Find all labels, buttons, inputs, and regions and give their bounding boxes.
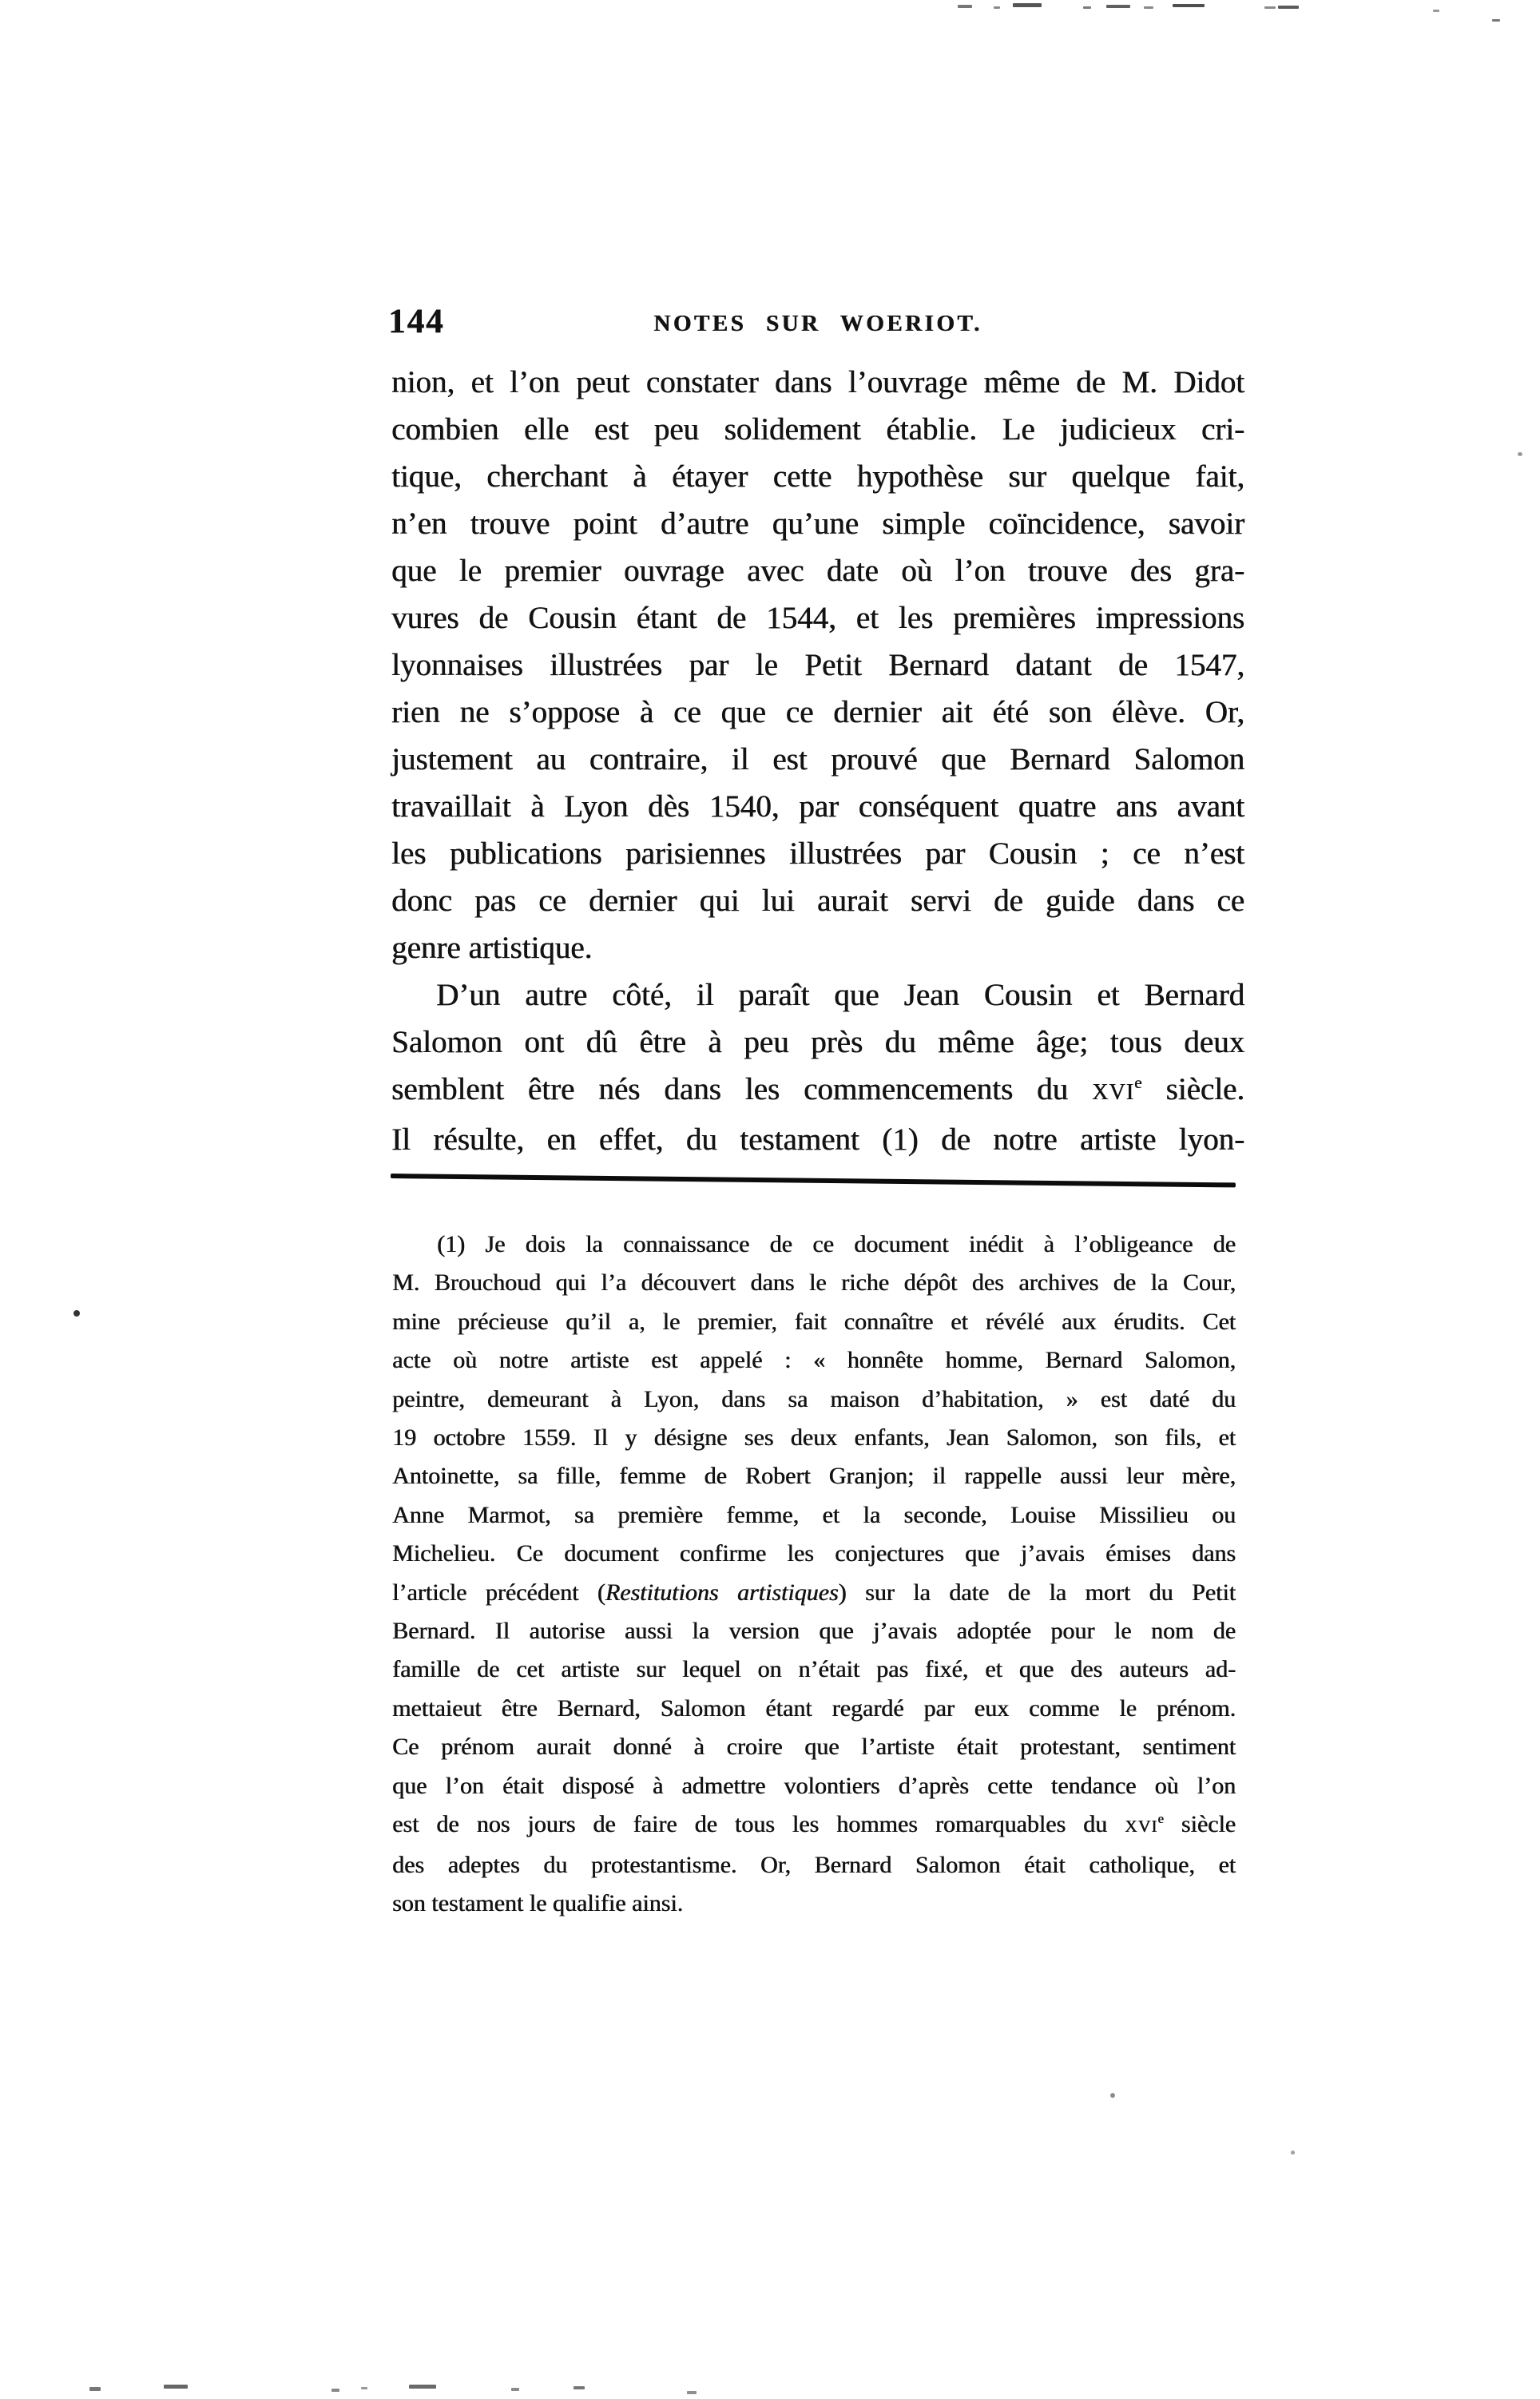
scan-artifact: [89, 2387, 101, 2391]
text-line: D’un autre côté, il paraît que Jean Cous…: [391, 971, 1244, 1019]
text-line: Antoinette, sa fille, femme de Robert Gr…: [392, 1457, 1236, 1495]
scan-artifact: [994, 6, 1000, 9]
text-line: acte où notre artiste est appelé : « hon…: [392, 1341, 1236, 1380]
text-line: tique, cherchant à étayer cette hypothès…: [391, 453, 1244, 500]
text-line: mine précieuse qu’il a, le premier, fait…: [392, 1303, 1236, 1341]
text-line: vures de Cousin étant de 1544, et les pr…: [391, 594, 1244, 641]
scan-artifact: [1144, 6, 1153, 9]
scan-artifact: [1110, 2093, 1115, 2098]
text-line: combien elle est peu solidement établie.…: [391, 406, 1244, 453]
scanned-page: { "page": { "number": "144", "running_ti…: [0, 0, 1540, 2399]
text-line: justement au contraire, il est prouvé qu…: [391, 736, 1244, 783]
text-line: que l’on était disposé à admettre volont…: [392, 1767, 1236, 1805]
text-line: travaillait à Lyon dès 1540, par conséqu…: [391, 783, 1244, 830]
scan-artifact: [331, 2389, 339, 2392]
text-line: semblent être nés dans les commencements…: [391, 1066, 1244, 1116]
scan-artifact: [1278, 6, 1299, 9]
text-line: nion, et l’on peut constater dans l’ouvr…: [391, 359, 1244, 406]
scan-artifact: [687, 2391, 697, 2394]
scan-artifact: [1492, 19, 1500, 22]
scan-artifact: [361, 2387, 367, 2389]
text-line: famille de cet artiste sur lequel on n’é…: [392, 1650, 1236, 1689]
text-line: peintre, demeurant à Lyon, dans sa maiso…: [392, 1380, 1236, 1419]
text-line: lyonnaises illustrées par le Petit Berna…: [391, 641, 1244, 689]
text-line: Bernard. Il autorise aussi la version qu…: [392, 1612, 1236, 1650]
text-line: Anne Marmot, sa première femme, et la se…: [392, 1496, 1236, 1535]
text-line: rien ne s’oppose à ce que ce dernier ait…: [391, 689, 1244, 736]
text-line: genre artistique.: [391, 924, 1244, 971]
text-line: M. Brouchoud qui l’a découvert dans le r…: [392, 1264, 1236, 1302]
text-line: donc pas ce dernier qui lui aurait servi…: [391, 877, 1244, 924]
footnote-separator-rule: [391, 1174, 1236, 1187]
text-line: des adeptes du protestantisme. Or, Berna…: [392, 1846, 1236, 1885]
footnote-block: (1) Je dois la connaissance de ce docume…: [392, 1225, 1236, 1923]
text-line: Salomon ont dû être à peu près du même â…: [391, 1019, 1244, 1066]
scan-artifact: [164, 2385, 188, 2389]
text-line: n’en trouve point d’autre qu’une simple …: [391, 500, 1244, 547]
text-line: est de nos jours de faire de tous les ho…: [392, 1805, 1236, 1845]
scan-artifact: [511, 2388, 519, 2391]
running-title: NOTES SUR WOERIOT.: [391, 311, 1244, 337]
scan-artifact: [1083, 6, 1091, 9]
text-line: Il résulte, en effet, du testament (1) d…: [391, 1116, 1244, 1163]
scan-artifact: [1013, 3, 1042, 7]
scan-artifact: [1518, 452, 1522, 456]
text-line: Ce prénom aurait donné à croire que l’ar…: [392, 1728, 1236, 1766]
scan-artifact: [1264, 6, 1276, 9]
text-line: les publications parisiennes illustrées …: [391, 830, 1244, 877]
scan-artifact: [958, 5, 972, 8]
text-line: (1) Je dois la connaissance de ce docume…: [392, 1225, 1236, 1264]
main-text-block: nion, et l’on peut constater dans l’ouvr…: [391, 359, 1244, 1163]
text-line: son testament le qualifie ainsi.: [392, 1885, 1236, 1923]
scan-artifact: [409, 2385, 436, 2389]
scan-artifact: [574, 2386, 585, 2389]
scan-artifact: [73, 1310, 80, 1317]
scan-artifact: [1173, 4, 1205, 7]
text-line: mettaieut être Bernard, Salomon étant re…: [392, 1690, 1236, 1728]
text-line: Michelieu. Ce document confirme les conj…: [392, 1535, 1236, 1573]
text-line: l’article précédent (Restitutions artist…: [392, 1574, 1236, 1612]
scan-artifact: [1291, 2151, 1295, 2155]
text-line: que le premier ouvrage avec date où l’on…: [391, 547, 1244, 594]
scan-artifact: [1106, 5, 1130, 8]
text-line: 19 octobre 1559. Il y désigne ses deux e…: [392, 1419, 1236, 1457]
scan-artifact: [1433, 10, 1439, 12]
